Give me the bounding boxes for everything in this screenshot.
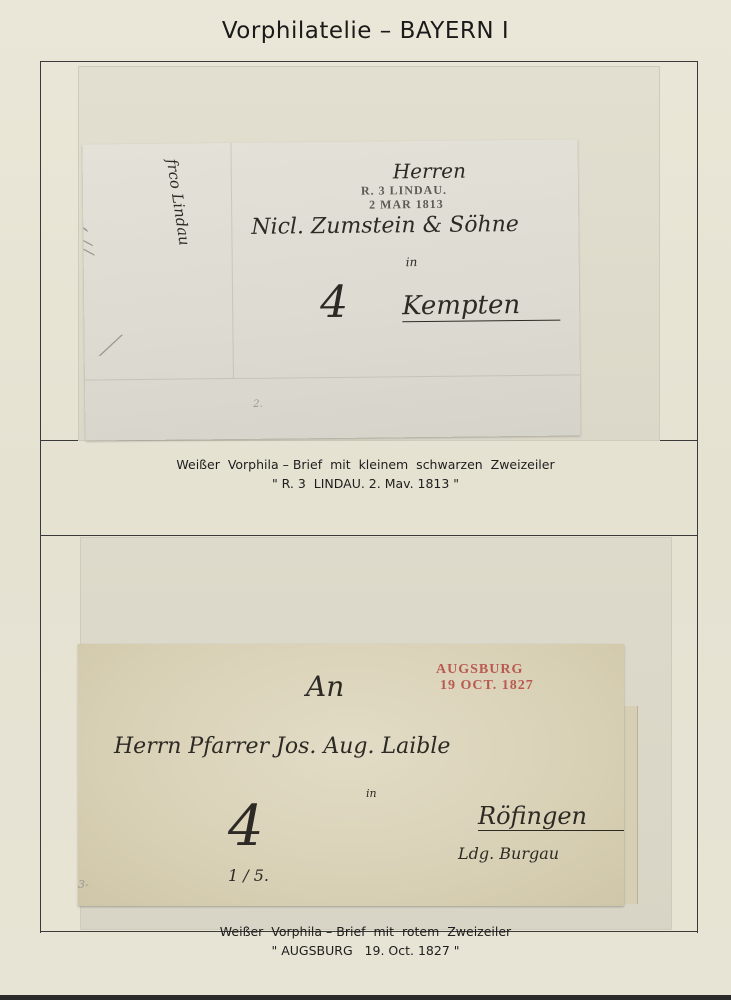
caption-1-line-1: Weißer Vorphila – Brief mit kleinem schw…: [0, 455, 731, 474]
page-bottom-edge: [0, 995, 731, 1000]
pencil-number: 3-: [78, 878, 89, 891]
frame-divider-2: [40, 535, 698, 536]
rate-mark: 4: [320, 277, 349, 328]
fold-line: [230, 143, 233, 378]
cover-1-lindau[interactable]: ✓ ⁄ ⁄ ⟋ frco Lindau R. 3 LINDAU. 2 MAR 1…: [82, 139, 580, 440]
address-line-2: Nicl. Zumstein & Söhne: [251, 212, 519, 240]
cover-2-augsburg[interactable]: AUGSBURG 19 OCT. 1827 An Herrn Pfarrer J…: [78, 644, 624, 906]
address-line-4: Kempten: [402, 290, 560, 323]
caption-1-line-2: " R. 3 LINDAU. 2. Mav. 1813 ": [0, 474, 731, 493]
fold-line: [85, 374, 580, 380]
caption-2-line-2: " AUGSBURG 19. Oct. 1827 ": [0, 941, 731, 960]
page-title: Vorphilatelie – BAYERN I: [0, 18, 731, 44]
red-cancel-line-2: 19 OCT. 1827: [436, 678, 534, 694]
address-line-4: Röfingen: [478, 802, 624, 831]
side-note: frco Lindau: [163, 158, 194, 247]
pencil-number: 2.: [253, 399, 263, 410]
address-line-5: Ldg. Burgau: [458, 844, 559, 863]
cancel-stamp: R. 3 LINDAU. 2 MAR 1813: [361, 183, 447, 212]
address-line-1: An: [306, 670, 344, 703]
red-cancel-stamp: AUGSBURG 19 OCT. 1827: [436, 662, 534, 694]
caption-2-line-1: Weißer Vorphila – Brief mit rotem Zweize…: [0, 922, 731, 941]
address-line-1: Herren: [393, 159, 466, 184]
rate-sub-mark: 1 / 5.: [228, 866, 269, 885]
address-line-2: Herrn Pfarrer Jos. Aug. Laible: [114, 734, 450, 759]
address-line-3: in: [366, 787, 377, 800]
red-cancel-line-1: AUGSBURG: [436, 662, 534, 678]
rate-mark: 4: [228, 794, 264, 859]
address-line-3: in: [406, 255, 418, 269]
pencil-notation: ✓ ⁄ ⁄: [82, 215, 97, 255]
pencil-check-icon: ⟋: [98, 329, 118, 363]
album-page: Vorphilatelie – BAYERN I ✓ ⁄ ⁄ ⟋ frco Li…: [0, 0, 731, 995]
caption-2: Weißer Vorphila – Brief mit rotem Zweize…: [0, 922, 731, 960]
cancel-stamp-line-2: 2 MAR 1813: [361, 197, 447, 212]
cancel-stamp-line-1: R. 3 LINDAU.: [361, 183, 447, 198]
caption-1: Weißer Vorphila – Brief mit kleinem schw…: [0, 455, 731, 493]
frame-top-border: [40, 61, 698, 62]
